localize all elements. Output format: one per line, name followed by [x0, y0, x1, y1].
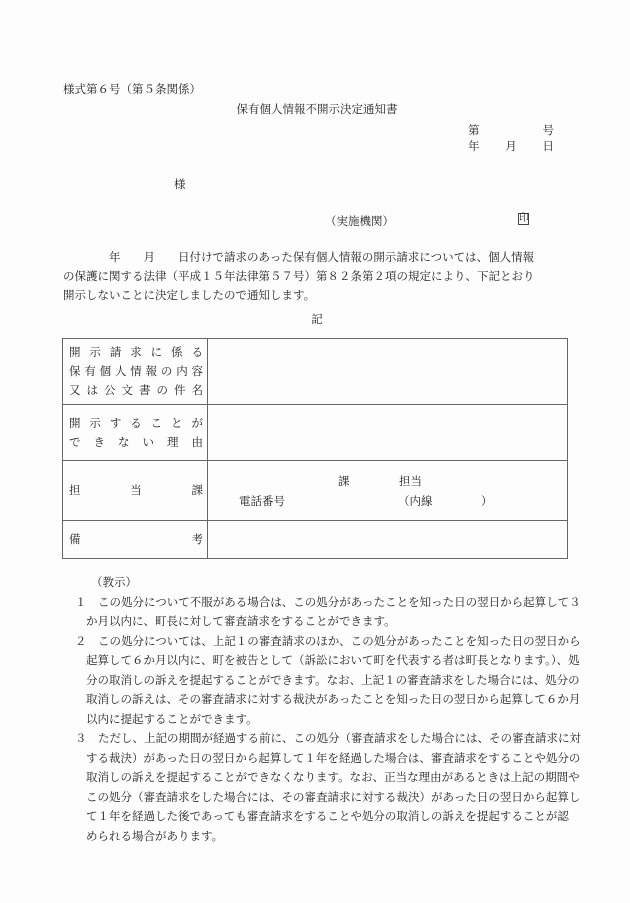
value-remarks[interactable] [208, 521, 568, 559]
item-number: ３ [63, 729, 98, 749]
instruction-line: １この処分について不服がある場合は、この処分があったことを知った日の翌日から起算… [63, 593, 573, 613]
char: 当 [130, 481, 142, 500]
char: 文 [122, 381, 134, 400]
instruction-item-2: ２この処分については、上記１の審査請求のほか、この処分があったことを知った日の翌… [63, 632, 573, 730]
char: 係 [171, 343, 183, 362]
char: こ [151, 414, 163, 433]
instructions-header: （教示） [63, 573, 573, 593]
char: 書 [139, 381, 151, 400]
person-label: 担当 [399, 473, 422, 489]
char: が [191, 414, 203, 433]
char: 理 [167, 433, 179, 452]
char: 保 [69, 362, 81, 381]
char: 報 [146, 362, 158, 381]
table-row-reason: 開示することが できない理由 [63, 405, 568, 461]
instruction-line: められる場合があります。 [63, 827, 573, 847]
instruction-line: か月以内に、町長に対して審査請求をすることができます。 [63, 612, 573, 632]
ki-heading: 記 [0, 311, 630, 327]
label-line: 又は公文書の件名 [69, 381, 203, 400]
char: 有 [84, 362, 96, 381]
label-line: 開示請求に係る [69, 343, 203, 362]
char: と [171, 414, 183, 433]
char: 公 [104, 381, 116, 400]
char: 求 [130, 343, 142, 362]
char: 開 [69, 414, 81, 433]
char: の [161, 362, 173, 381]
char: い [143, 433, 155, 452]
char: 示 [89, 343, 101, 362]
char: す [110, 414, 122, 433]
label-line: 保有個人情報の内容 [69, 362, 203, 381]
instruction-line: ３ただし、上記の期間が経過する前に、この処分（審査請求をした場合には、その審査請… [63, 729, 573, 749]
char: 名 [192, 381, 204, 400]
value-reason[interactable] [208, 405, 568, 461]
char: 課 [192, 481, 204, 500]
instruction-line: ２この処分については、上記１の審査請求のほか、この処分があったことを知った日の翌… [63, 632, 573, 652]
agency-label: （実施機関） [325, 213, 394, 229]
value-department[interactable]: 課 担当 電話番号 （内線 ） [208, 461, 568, 521]
char: 個 [100, 362, 112, 381]
label-line: 開示することが [69, 414, 203, 433]
notice-body: 年 月 日付けで請求のあった保有個人情報の開示請求については、個人情報 の保護に… [63, 248, 565, 305]
instruction-line: 取消しの訴えを提起することができなくなります。なお、正当な理由があるときは上記の… [63, 768, 573, 788]
char: る [130, 414, 142, 433]
body-line: 開示しないことに決定しましたので通知します。 [63, 286, 565, 305]
seal-icon: 印 [518, 213, 529, 225]
document-date: 年 月 日 [468, 138, 554, 154]
line-text: この処分について不服がある場合は、この処分があったことを知った日の翌日から起算し… [98, 595, 581, 609]
char: き [94, 433, 106, 452]
extension-close: ） [481, 493, 493, 509]
table-row-subject: 開示請求に係る 保有個人情報の内容 又は公文書の件名 [63, 339, 568, 405]
char: 人 [115, 362, 127, 381]
addressee-suffix: 様 [174, 176, 186, 192]
date-month: 月 [505, 138, 517, 154]
instruction-line: 取消しの訴えは、その審査請求に対する裁決があったことを知った日の翌日から起算して… [63, 690, 573, 710]
char: 件 [174, 381, 186, 400]
line-text: この処分については、上記１の審査請求のほか、この処分があったことを知った日の翌日… [98, 634, 581, 648]
number-suffix: 号 [543, 122, 555, 138]
table-row-remarks: 備考 [63, 521, 568, 559]
date-day: 日 [543, 138, 555, 154]
line-text: ただし、上記の期間が経過する前に、この処分（審査請求をした場合には、その審査請求… [98, 731, 581, 745]
instruction-line: する裁決）があった日の翌日から起算して１年を経過した場合は、審査請求をすることや… [63, 749, 573, 769]
phone-label: 電話番号 [239, 493, 285, 509]
label-reason: 開示することが できない理由 [63, 405, 208, 461]
instructions: （教示） １この処分について不服がある場合は、この処分があったことを知った日の翌… [63, 573, 573, 846]
char: 担 [69, 481, 81, 500]
char: は [87, 381, 99, 400]
details-table: 開示請求に係る 保有個人情報の内容 又は公文書の件名 開示することが できない理… [62, 338, 568, 559]
char: 情 [130, 362, 142, 381]
table-row-department: 担当課 課 担当 電話番号 （内線 ） [63, 461, 568, 521]
char: 考 [192, 530, 204, 549]
char: 容 [192, 362, 204, 381]
char: 示 [89, 414, 101, 433]
value-subject[interactable] [208, 339, 568, 405]
char: 開 [69, 343, 81, 362]
char: る [191, 343, 203, 362]
label-remarks: 備考 [63, 521, 208, 559]
instruction-line: この処分（審査請求をした場合には、その審査請求に対する裁決）があった日の翌日から… [63, 788, 573, 808]
char: 請 [110, 343, 122, 362]
instruction-line: 以内に提起することができます。 [63, 710, 573, 730]
char: に [151, 343, 163, 362]
char: な [118, 433, 130, 452]
number-prefix: 第 [468, 122, 480, 138]
extension-open: （内線 [398, 493, 433, 509]
instruction-item-3: ３ただし、上記の期間が経過する前に、この処分（審査請求をした場合には、その審査請… [63, 729, 573, 846]
char: 由 [192, 433, 204, 452]
label-department: 担当課 [63, 461, 208, 521]
contact-info: 課 担当 電話番号 （内線 ） [208, 461, 567, 520]
body-line: の保護に関する法律（平成１５年法律第５７号）第８２条第２項の規定により、下記とお… [63, 267, 565, 286]
instruction-item-1: １この処分について不服がある場合は、この処分があったことを知った日の翌日から起算… [63, 593, 573, 632]
label-subject: 開示請求に係る 保有個人情報の内容 又は公文書の件名 [63, 339, 208, 405]
instruction-line: 起算して６か月以内に、町を被告として（訴訟において町を代表する者は町長となります… [63, 651, 573, 671]
item-number: ２ [63, 632, 98, 652]
char: の [157, 381, 169, 400]
date-year: 年 [468, 138, 480, 154]
document-title: 保有個人情報不開示決定通知書 [0, 101, 630, 117]
label-line: できない理由 [69, 433, 203, 452]
instruction-line: 分の取消しの訴えを提起することができます。なお、上記１の審査請求をした場合には、… [63, 671, 573, 691]
item-number: １ [63, 593, 98, 613]
body-line: 年 月 日付けで請求のあった保有個人情報の開示請求については、個人情報 [63, 248, 565, 267]
label-line: 備考 [69, 530, 203, 549]
char: 内 [176, 362, 188, 381]
form-id: 様式第６号（第５条関係） [63, 81, 201, 97]
instruction-line: て１年を経過した後であっても審査請求をすることや処分の取消しの訴えを提起すること… [63, 807, 573, 827]
char: 又 [69, 381, 81, 400]
char: で [69, 433, 81, 452]
document-number: 第 号 [468, 122, 554, 138]
section-label: 課 [338, 473, 350, 489]
char: 備 [69, 530, 81, 549]
label-line: 担当課 [69, 481, 203, 500]
